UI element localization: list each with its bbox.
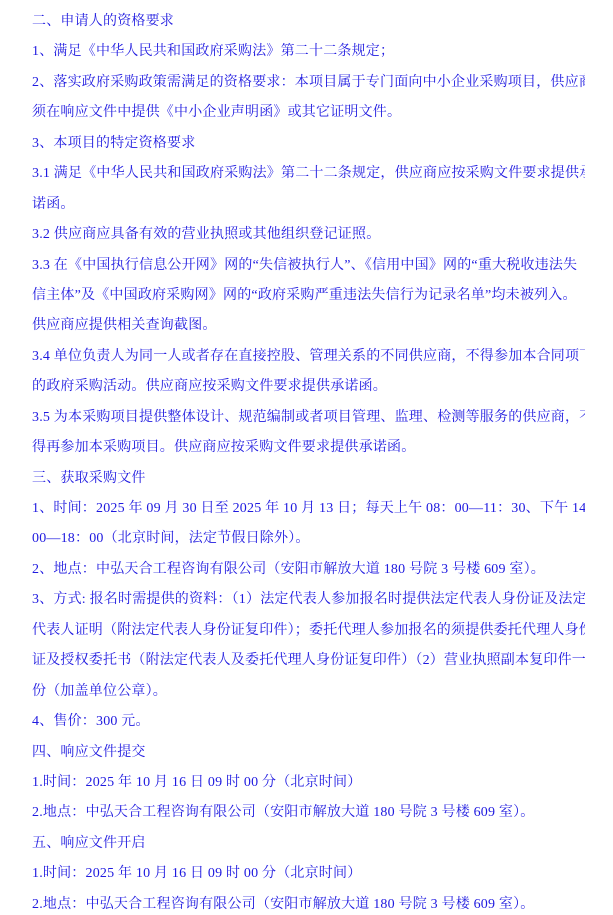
document-text-line: 3.4 单位负责人为同一人或者存在直接控股、管理关系的不同供应商，不得参加本合同… bbox=[32, 342, 585, 372]
page: { "meta": { "background_color": "#ffffff… bbox=[0, 0, 613, 915]
document-text-line: 3、本项目的特定资格要求 bbox=[32, 129, 585, 159]
document-text-line: 供应商应提供相关查询截图。 bbox=[32, 311, 585, 341]
document-text-line: 1、满足《中华人民共和国政府采购法》第二十二条规定； bbox=[32, 37, 585, 67]
document-heading-line: 五、响应文件开启 bbox=[32, 829, 585, 859]
document-text-line: 得再参加本采购项目。供应商应按采购文件要求提供承诺函。 bbox=[32, 433, 585, 463]
document-heading-line: 二、申请人的资格要求 bbox=[32, 7, 585, 37]
document-text-line: 证及授权委托书（附法定代表人及委托代理人身份证复印件）（2）营业执照副本复印件一 bbox=[32, 646, 585, 676]
document-text-line: 2.地点：中弘天合工程咨询有限公司（安阳市解放大道 180 号院 3 号楼 60… bbox=[32, 798, 585, 828]
document-text-line: 3.5 为本采购项目提供整体设计、规范编制或者项目管理、监理、检测等服务的供应商… bbox=[32, 403, 585, 433]
document-text-line: 诺函。 bbox=[32, 190, 585, 220]
document-text-line: 3.3 在《中国执行信息公开网》网的“失信被执行人”、《信用中国》网的“重大税收… bbox=[32, 251, 585, 281]
document-text-line: 份（加盖单位公章）。 bbox=[32, 677, 585, 707]
document-text-line: 3.2 供应商应具备有效的营业执照或其他组织登记证照。 bbox=[32, 220, 585, 250]
document-text-line: 4、售价：300 元。 bbox=[32, 707, 585, 737]
document-text-line: 1、时间：2025 年 09 月 30 日至 2025 年 10 月 13 日；… bbox=[32, 494, 585, 524]
document-text-line: 2.地点：中弘天合工程咨询有限公司（安阳市解放大道 180 号院 3 号楼 60… bbox=[32, 890, 585, 915]
document-text-line: 00—18：00（北京时间，法定节假日除外）。 bbox=[32, 524, 585, 554]
document-text-line: 3.1 满足《中华人民共和国政府采购法》第二十二条规定，供应商应按采购文件要求提… bbox=[32, 159, 585, 189]
document-text-line: 须在响应文件中提供《中小企业声明函》或其它证明文件。 bbox=[32, 98, 585, 128]
document-text-line: 1.时间：2025 年 10 月 16 日 09 时 00 分（北京时间） bbox=[32, 768, 585, 798]
document-text-line: 的政府采购活动。供应商应按采购文件要求提供承诺函。 bbox=[32, 372, 585, 402]
document-heading-line: 四、响应文件提交 bbox=[32, 738, 585, 768]
document-text-line: 信主体”及《中国政府采购网》网的“政府采购严重违法失信行为记录名单”均未被列入。 bbox=[32, 281, 585, 311]
document-text-line: 1.时间：2025 年 10 月 16 日 09 时 00 分（北京时间） bbox=[32, 859, 585, 889]
document-text-line: 2、地点：中弘天合工程咨询有限公司（安阳市解放大道 180 号院 3 号楼 60… bbox=[32, 555, 585, 585]
document-heading-line: 三、获取采购文件 bbox=[32, 464, 585, 494]
procurement-notice-document: 二、申请人的资格要求1、满足《中华人民共和国政府采购法》第二十二条规定；2、落实… bbox=[0, 0, 613, 915]
document-text-line: 代表人证明（附法定代表人身份证复印件）；委托代理人参加报名的须提供委托代理人身份 bbox=[32, 616, 585, 646]
document-text-line: 3、方式: 报名时需提供的资料：（1）法定代表人参加报名时提供法定代表人身份证及… bbox=[32, 585, 585, 615]
document-text-line: 2、落实政府采购政策需满足的资格要求：本项目属于专门面向中小企业采购项目，供应商 bbox=[32, 68, 585, 98]
